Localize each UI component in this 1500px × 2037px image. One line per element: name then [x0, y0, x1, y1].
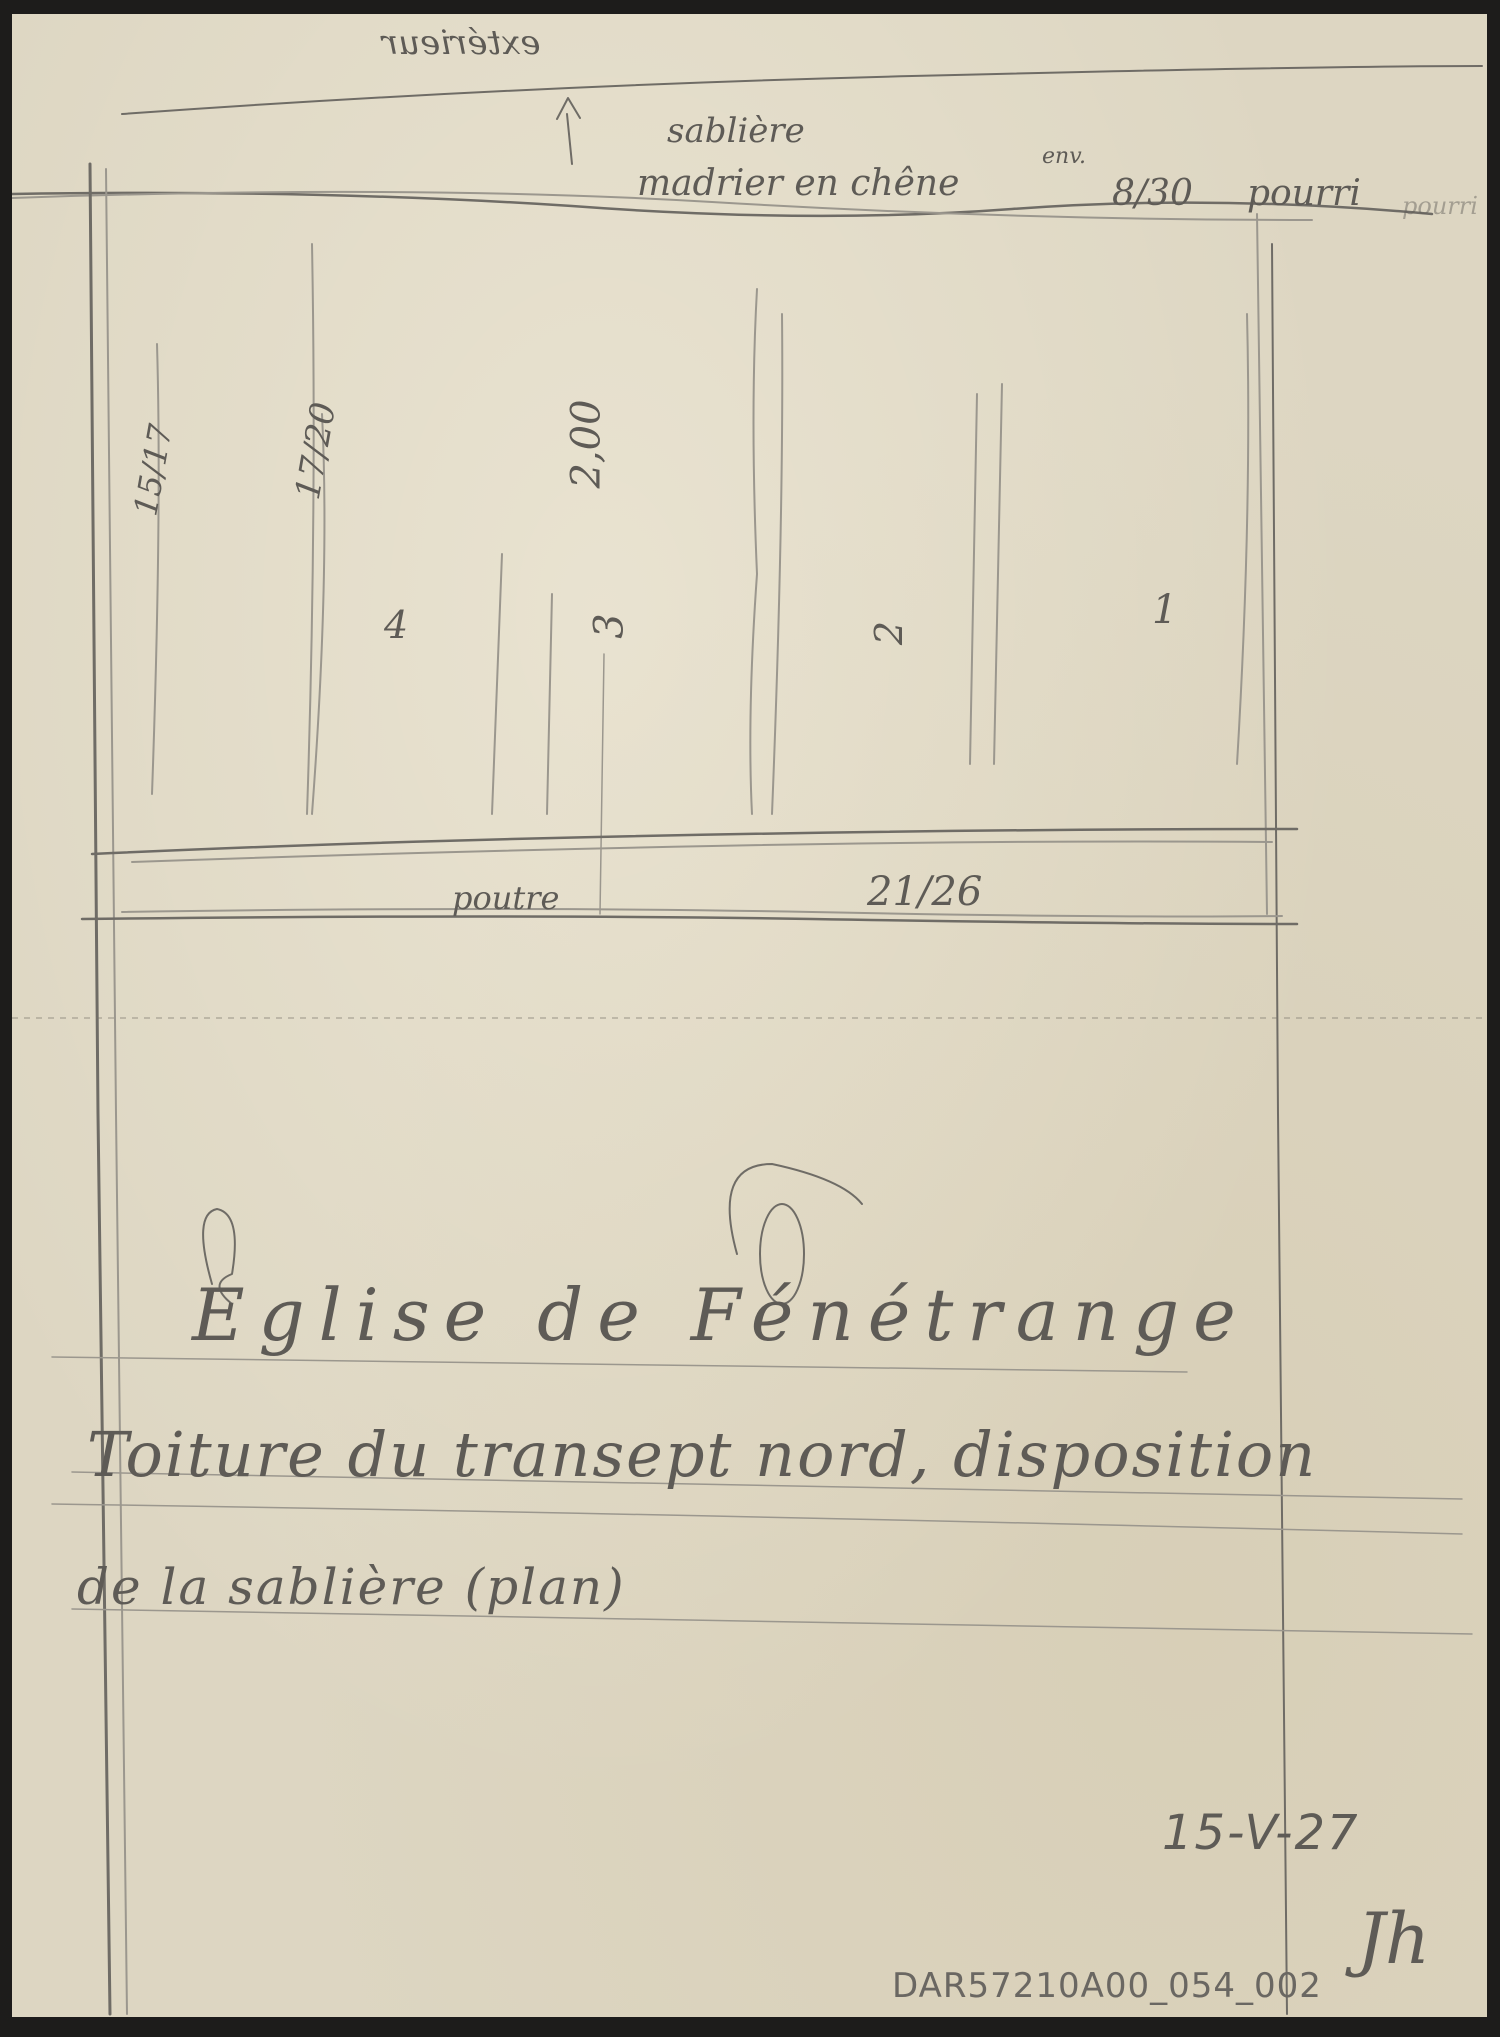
beam-label: poutre — [452, 882, 559, 914]
sabliere-dimension: 8/30 — [1112, 176, 1193, 212]
condition-label: pourri — [1247, 176, 1361, 212]
beam-bottom-line — [82, 917, 1297, 925]
rafter-number-2: 2 — [870, 621, 908, 645]
span-dimension: 2,00 — [567, 399, 607, 488]
left-frame-line — [90, 164, 110, 2014]
beam-dimension: 21/26 — [867, 872, 982, 912]
approx-label: env. — [1042, 146, 1086, 168]
fold-crease — [12, 1017, 1487, 1019]
arrow-up-icon — [557, 98, 580, 164]
document-subtitle-line1: Toiture du transept nord, disposition — [87, 1424, 1317, 1486]
right-frame-line — [1272, 244, 1287, 2014]
rafter-number-1: 1 — [1152, 590, 1177, 630]
top-edge-line — [122, 66, 1482, 114]
rafter-number-4: 4 — [384, 606, 408, 644]
madrier-label: madrier en chêne — [637, 166, 959, 202]
signature: Jh — [1357, 1904, 1430, 1974]
mirrored-exterior-label: extérieur — [382, 26, 540, 60]
faint-condition-label: pourri — [1402, 194, 1478, 218]
date-label: 15-V-27 — [1162, 1809, 1360, 1857]
sabliere-label: sablière — [667, 114, 805, 148]
archive-reference: DAR57210A00_054_002 — [892, 1969, 1322, 2003]
rafter-number-3: 3 — [590, 613, 630, 638]
pencil-sketch — [12, 14, 1487, 2017]
document-subtitle-line2: de la sablière (plan) — [77, 1562, 626, 1612]
document-title: Eglise de Fénétrange — [192, 1279, 1250, 1351]
paper-sheet: extérieur sablière madrier en chêne env.… — [12, 14, 1487, 2017]
